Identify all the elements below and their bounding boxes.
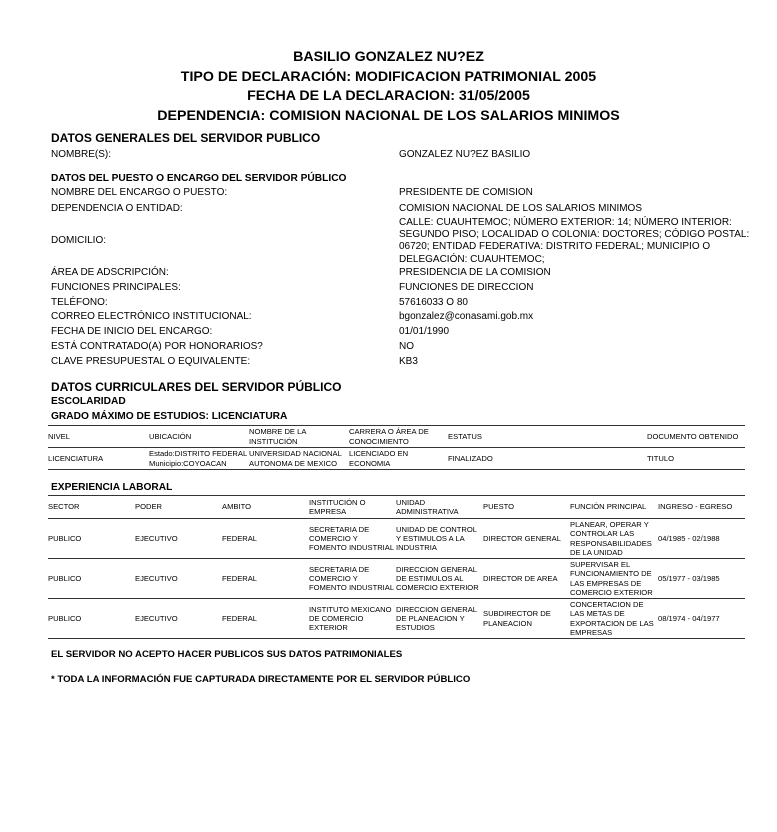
col-unidad: UNIDAD ADMINISTRATIVA xyxy=(396,496,483,519)
table-row: PUBLICO EJECUTIVO FEDERAL INSTITUTO MEXI… xyxy=(48,599,745,639)
max-grade-title: GRADO MÁXIMO DE ESTUDIOS: LICENCIATURA xyxy=(51,411,287,422)
start-date-value: 01/01/1990 xyxy=(399,326,771,338)
unidad-cell: UNIDAD DE CONTROL Y ESTIMULOS A LA INDUS… xyxy=(396,519,483,559)
email-value: bgonzalez@conasami.gob.mx xyxy=(399,311,771,323)
name-value: GONZALEZ NU?EZ BASILIO xyxy=(399,149,771,161)
puesto-cell: DIRECTOR GENERAL xyxy=(483,519,570,559)
puesto-cell: DIRECTOR DE AREA xyxy=(483,559,570,599)
ubicacion-estado: Estado:DISTRITO FEDERAL xyxy=(149,449,249,458)
position-data-title: DATOS DEL PUESTO O ENCARGO DEL SERVIDOR … xyxy=(51,173,346,184)
position-value: PRESIDENTE DE COMISION xyxy=(399,187,771,199)
experience-table: SECTOR PODER AMBITO INSTITUCIÓN O EMPRES… xyxy=(48,495,745,639)
honorarios-value: NO xyxy=(399,341,771,353)
schooling-title: ESCOLARIDAD xyxy=(51,396,126,407)
sector-cell: PUBLICO xyxy=(48,559,135,599)
nivel-cell: LICENCIATURA xyxy=(48,448,149,470)
ambito-cell: FEDERAL xyxy=(222,559,309,599)
agency-title: DEPENDENCIA: COMISION NACIONAL DE LOS SA… xyxy=(0,107,777,127)
col-sector: SECTOR xyxy=(48,496,135,519)
col-ingreso-egreso: INGRESO - EGRESO xyxy=(658,496,745,519)
ambito-cell: FEDERAL xyxy=(222,599,309,639)
address-value: CALLE: CUAUHTEMOC; NÚMERO EXTERIOR: 14; … xyxy=(399,217,771,266)
general-data-title: DATOS GENERALES DEL SERVIDOR PUBLICO xyxy=(51,131,320,145)
sector-cell: PUBLICO xyxy=(48,519,135,559)
functions-value: FUNCIONES DE DIRECCION xyxy=(399,282,771,294)
area-label: ÁREA DE ADSCRIPCIÓN: xyxy=(51,267,169,278)
start-date-label: FECHA DE INICIO DEL ENCARGO: xyxy=(51,326,212,337)
experience-header-row: SECTOR PODER AMBITO INSTITUCIÓN O EMPRES… xyxy=(48,496,745,519)
position-label: NOMBRE DEL ENCARGO O PUESTO: xyxy=(51,187,227,198)
table-row: PUBLICO EJECUTIVO FEDERAL SECRETARIA DE … xyxy=(48,519,745,559)
sector-cell: PUBLICO xyxy=(48,599,135,639)
institucion-cell: SECRETARIA DE COMERCIO Y FOMENTO INDUSTR… xyxy=(309,559,396,599)
ingreso-egreso-cell: 05/1977 - 03/1985 xyxy=(658,559,745,599)
col-carrera: CARRERA O ÁREA DE CONOCIMIENTO xyxy=(349,426,448,448)
col-nivel: NIVEL xyxy=(48,426,149,448)
col-estatus: ESTATUS xyxy=(448,426,548,448)
ingreso-egreso-cell: 04/1985 - 02/1988 xyxy=(658,519,745,559)
name-label: NOMBRE(S): xyxy=(51,149,111,160)
ambito-cell: FEDERAL xyxy=(222,519,309,559)
capture-note: * TODA LA INFORMACIÓN FUE CAPTURADA DIRE… xyxy=(51,674,470,685)
phone-value: 57616033 O 80 xyxy=(399,297,771,309)
col-poder: PODER xyxy=(135,496,222,519)
funcion-cell: PLANEAR, OPERAR Y CONTROLAR LAS RESPONSA… xyxy=(570,519,658,559)
ingreso-egreso-cell: 08/1974 - 04/1977 xyxy=(658,599,745,639)
institucion-cell: INSTITUTO MEXICANO DE COMERCIO EXTERIOR xyxy=(309,599,396,639)
experience-title: EXPERIENCIA LABORAL xyxy=(51,482,172,493)
declaration-date: FECHA DE LA DECLARACION: 31/05/2005 xyxy=(0,87,777,107)
institucion-cell: UNIVERSIDAD NACIONAL AUTONOMA DE MEXICO xyxy=(249,448,349,470)
area-value: PRESIDENCIA DE LA COMISION xyxy=(399,267,771,279)
functions-label: FUNCIONES PRINCIPALES: xyxy=(51,282,181,293)
education-header-row: NIVEL UBICACIÓN NOMBRE DE LA INSTITUCIÓN… xyxy=(48,426,745,448)
estatus-cell: FINALIZADO xyxy=(448,448,548,470)
server-name-title: BASILIO GONZALEZ NU?EZ xyxy=(0,48,777,68)
col-ubicacion: UBICACIÓN xyxy=(149,426,249,448)
col-institucion: INSTITUCIÓN O EMPRESA xyxy=(309,496,396,519)
col-funcion: FUNCIÓN PRINCIPAL xyxy=(570,496,658,519)
budget-key-label: CLAVE PRESUPUESTAL O EQUIVALENTE: xyxy=(51,356,250,367)
table-row: LICENCIATURA Estado:DISTRITO FEDERAL Mun… xyxy=(48,448,745,470)
col-institucion: NOMBRE DE LA INSTITUCIÓN xyxy=(249,426,349,448)
col-puesto: PUESTO xyxy=(483,496,570,519)
unidad-cell: DIRECCION GENERAL DE ESTIMULOS AL COMERC… xyxy=(396,559,483,599)
phone-label: TELÉFONO: xyxy=(51,297,108,308)
carrera-cell: LICENCIADO EN ECONOMIA xyxy=(349,448,448,470)
curricular-data-title: DATOS CURRICULARES DEL SERVIDOR PÚBLICO xyxy=(51,380,341,394)
col-blank xyxy=(548,426,647,448)
documento-cell: TITULO xyxy=(647,448,745,470)
budget-key-value: KB3 xyxy=(399,356,771,368)
col-ambito: AMBITO xyxy=(222,496,309,519)
honorarios-label: ESTÁ CONTRATADO(A) POR HONORARIOS? xyxy=(51,341,263,352)
poder-cell: EJECUTIVO xyxy=(135,599,222,639)
agency-label: DEPENDENCIA O ENTIDAD: xyxy=(51,203,183,214)
blank-cell xyxy=(548,448,647,470)
col-documento: DOCUMENTO OBTENIDO xyxy=(647,426,745,448)
ubicacion-municipio: Municipio:COYOACAN xyxy=(149,459,249,468)
funcion-cell: CONCERTACION DE LAS METAS DE EXPORTACION… xyxy=(570,599,658,639)
patrimonial-note: EL SERVIDOR NO ACEPTO HACER PUBLICOS SUS… xyxy=(51,649,402,660)
email-label: CORREO ELECTRÓNICO INSTITUCIONAL: xyxy=(51,311,252,322)
ubicacion-cell: Estado:DISTRITO FEDERAL Municipio:COYOAC… xyxy=(149,448,249,470)
document-header: BASILIO GONZALEZ NU?EZ TIPO DE DECLARACI… xyxy=(0,48,777,126)
funcion-cell: SUPERVISAR EL FUNCIONAMIENTO DE LAS EMPR… xyxy=(570,559,658,599)
unidad-cell: DIRECCION GENERAL DE PLANEACION Y ESTUDI… xyxy=(396,599,483,639)
puesto-cell: SUBDIRECTOR DE PLANEACION xyxy=(483,599,570,639)
education-table: NIVEL UBICACIÓN NOMBRE DE LA INSTITUCIÓN… xyxy=(48,425,745,470)
poder-cell: EJECUTIVO xyxy=(135,559,222,599)
declaration-type: TIPO DE DECLARACIÓN: MODIFICACION PATRIM… xyxy=(0,68,777,88)
poder-cell: EJECUTIVO xyxy=(135,519,222,559)
agency-value: COMISION NACIONAL DE LOS SALARIOS MINIMO… xyxy=(399,203,771,215)
institucion-cell: SECRETARIA DE COMERCIO Y FOMENTO INDUSTR… xyxy=(309,519,396,559)
address-label: DOMICILIO: xyxy=(51,235,106,246)
table-row: PUBLICO EJECUTIVO FEDERAL SECRETARIA DE … xyxy=(48,559,745,599)
